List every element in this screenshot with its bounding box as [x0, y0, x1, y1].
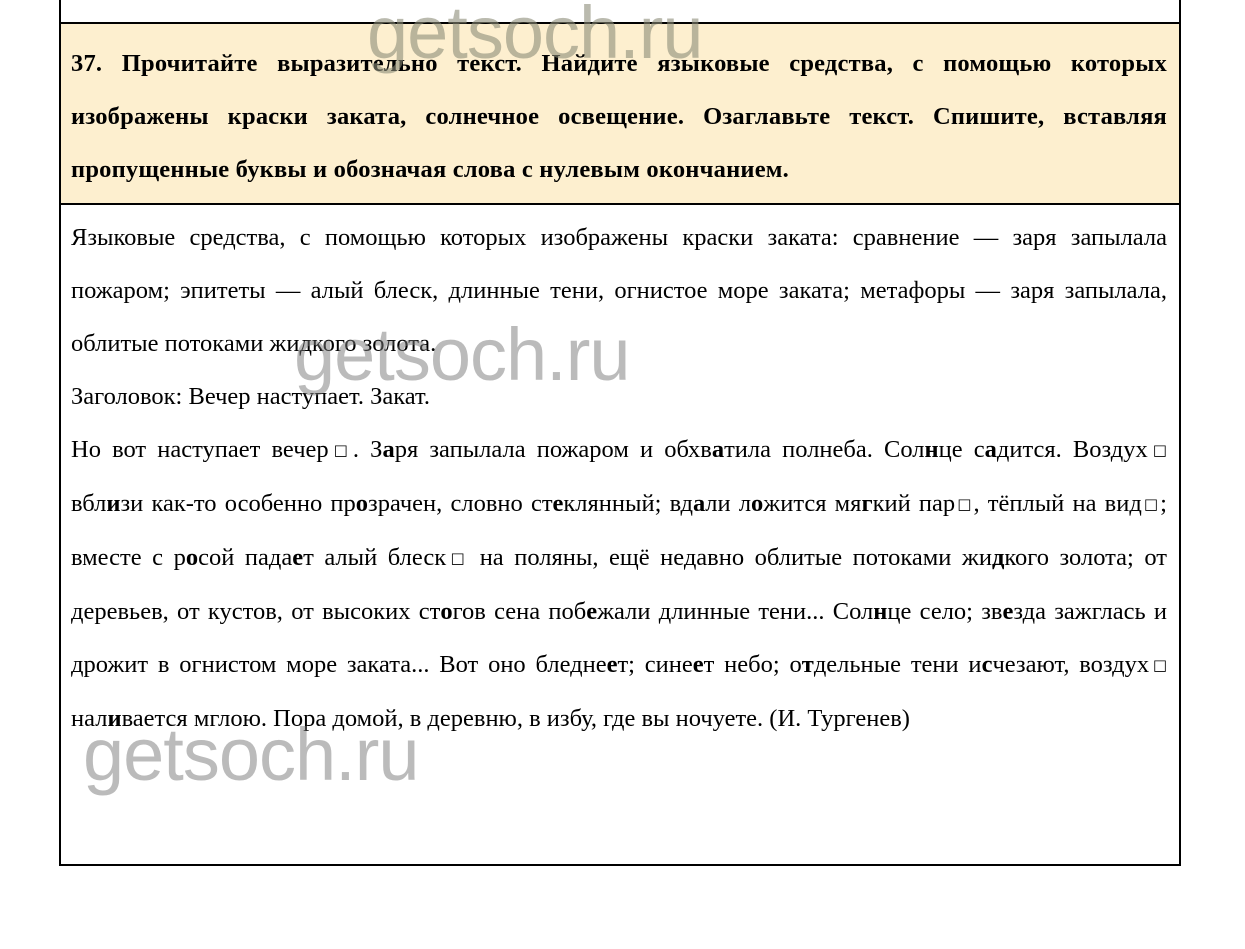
- inserted-letter: с: [982, 651, 993, 678]
- inserted-letter: е: [586, 598, 597, 625]
- inserted-letter: а: [382, 436, 394, 463]
- inserted-letter: о: [186, 544, 198, 571]
- inserted-letter: о: [356, 490, 368, 517]
- inserted-letter: е: [292, 544, 303, 571]
- inserted-letter: а: [985, 436, 997, 463]
- inserted-letter: н: [873, 598, 887, 625]
- inserted-letter: е: [553, 490, 564, 517]
- inserted-letter: е: [693, 651, 704, 678]
- inserted-letter: е: [1003, 598, 1014, 625]
- inserted-letter: а: [693, 490, 705, 517]
- table-top-row: [59, 0, 1181, 24]
- task-cell: 37. Прочитайте выразительно текст. Найди…: [59, 24, 1181, 205]
- inserted-letter: н: [925, 436, 939, 463]
- inserted-letter: е: [607, 651, 618, 678]
- task-number: 37.: [71, 50, 102, 77]
- task-text: Прочитайте выразительно текст. Найдите я…: [71, 50, 1167, 183]
- answer-cell: Языковые средства, с помощью которых изо…: [59, 205, 1181, 866]
- inserted-letter: и: [106, 490, 120, 517]
- zero-ending-box-icon: □: [446, 549, 469, 567]
- zero-ending-box-icon: □: [1148, 441, 1167, 459]
- answer-title-line: Заголовок: Вечер наступает. Закат.: [71, 370, 1167, 423]
- answer-analysis: Языковые средства, с помощью которых изо…: [71, 211, 1167, 370]
- answer-passage: Но вот наступает вечер□. Заря запылала п…: [71, 423, 1167, 745]
- inserted-letter: о: [751, 490, 763, 517]
- inserted-letter: и: [107, 705, 121, 732]
- zero-ending-box-icon: □: [1142, 495, 1160, 513]
- inserted-letter: д: [992, 544, 1004, 571]
- exercise-table: 37. Прочитайте выразительно текст. Найди…: [59, 0, 1181, 866]
- inserted-letter: т: [802, 651, 814, 678]
- zero-ending-box-icon: □: [1149, 656, 1167, 674]
- zero-ending-box-icon: □: [955, 495, 973, 513]
- inserted-letter: а: [712, 436, 724, 463]
- inserted-letter: о: [440, 598, 452, 625]
- zero-ending-box-icon: □: [329, 441, 353, 459]
- inserted-letter: г: [861, 490, 872, 517]
